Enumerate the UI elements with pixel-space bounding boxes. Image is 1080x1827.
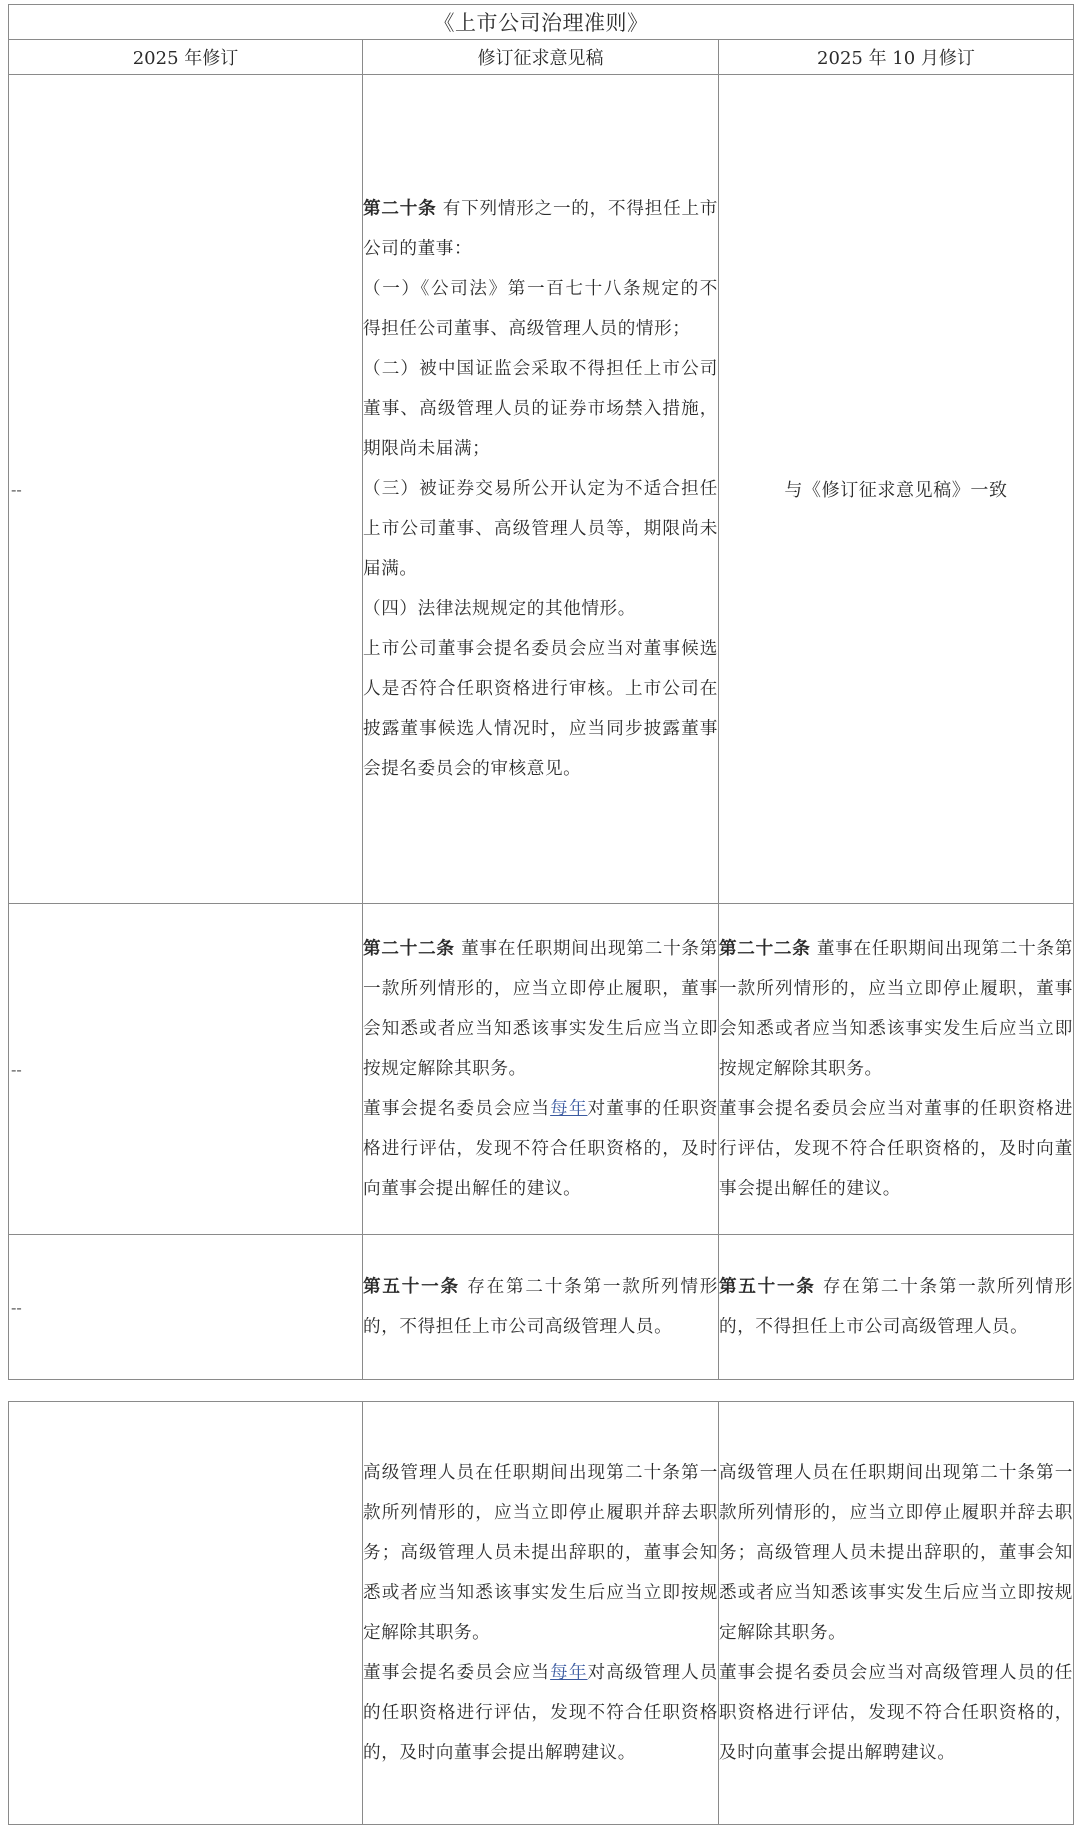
cell-2025-revision: --: [9, 1235, 363, 1380]
cell-draft: 高级管理人员在任职期间出现第二十条第一款所列情形的，应当立即停止履职并辞去职务；…: [363, 1402, 719, 1825]
table-row: -- 第二十条 有下列情形之一的，不得担任上市公司的董事： （一）《公司法》第一…: [9, 75, 1074, 904]
article-number: 第二十二条: [363, 938, 455, 959]
column-header-october-revision: 2025 年 10 月修订: [719, 40, 1074, 75]
article-paragraph: 第二十条 有下列情形之一的，不得担任上市公司的董事：: [363, 189, 718, 269]
cell-2025-revision: --: [9, 75, 363, 904]
article-lead: 董事在任职期间出现第二十条第一款所列情形的，应当立即停止履职，董事会知悉或者应当…: [363, 939, 718, 1079]
comparison-table: 《上市公司治理准则》 2025 年修订 修订征求意见稿 2025 年 10 月修…: [8, 4, 1074, 1380]
evaluation-paragraph: 董事会提名委员会应当对高级管理人员的任职资格进行评估，发现不符合任职资格的，及时…: [719, 1653, 1073, 1773]
cell-october-revision: 与《修订征求意见稿》一致: [719, 75, 1074, 904]
highlighted-change: 每年: [550, 1099, 587, 1119]
article-paragraph: 第二十二条 董事在任职期间出现第二十条第一款所列情形的，应当立即停止履职，董事会…: [363, 929, 718, 1089]
table-row: -- 第二十二条 董事在任职期间出现第二十条第一款所列情形的，应当立即停止履职，…: [9, 904, 1074, 1235]
article-lead: 董事在任职期间出现第二十条第一款所列情形的，应当立即停止履职，董事会知悉或者应当…: [719, 939, 1073, 1079]
column-header-2025-revision: 2025 年修订: [9, 40, 363, 75]
empty-dash: --: [9, 1298, 22, 1317]
cell-draft: 第五十一条 存在第二十条第一款所列情形的，不得担任上市公司高级管理人员。: [363, 1235, 719, 1380]
article-paragraph: 第五十一条 存在第二十条第一款所列情形的，不得担任上市公司高级管理人员。: [363, 1267, 718, 1347]
empty-dash: --: [9, 1060, 22, 1079]
clause-4: （四）法律法规规定的其他情形。: [363, 589, 718, 629]
table-row: 高级管理人员在任职期间出现第二十条第一款所列情形的，应当立即停止履职并辞去职务；…: [9, 1402, 1074, 1825]
evaluation-paragraph: 董事会提名委员会应当对董事的任职资格进行评估，发现不符合任职资格的，及时向董事会…: [719, 1089, 1073, 1209]
article-number: 第五十一条: [719, 1276, 816, 1297]
cell-october-revision: 高级管理人员在任职期间出现第二十条第一款所列情形的，应当立即停止履职并辞去职务；…: [719, 1402, 1074, 1825]
senior-management-paragraph: 高级管理人员在任职期间出现第二十条第一款所列情形的，应当立即停止履职并辞去职务；…: [719, 1453, 1073, 1653]
clause-1: （一）《公司法》第一百七十八条规定的不得担任公司董事、高级管理人员的情形；: [363, 269, 718, 349]
article-number: 第二十二条: [719, 938, 811, 959]
clause-3: （三）被证券交易所公开认定为不适合担任上市公司董事、高级管理人员等，期限尚未届满…: [363, 469, 718, 589]
evaluation-paragraph: 董事会提名委员会应当每年对高级管理人员的任职资格进行评估，发现不符合任职资格的，…: [363, 1653, 718, 1773]
article-number: 第二十条: [363, 198, 436, 219]
document-title: 《上市公司治理准则》: [9, 5, 1074, 40]
evaluation-paragraph: 董事会提名委员会应当每年对董事的任职资格进行评估，发现不符合任职资格的，及时向董…: [363, 1089, 718, 1209]
title-row: 《上市公司治理准则》: [9, 5, 1074, 40]
text-segment: 董事会提名委员会应当: [363, 1099, 550, 1119]
header-row: 2025 年修订 修订征求意见稿 2025 年 10 月修订: [9, 40, 1074, 75]
cell-2025-revision: --: [9, 904, 363, 1235]
nomination-review-paragraph: 上市公司董事会提名委员会应当对董事候选人是否符合任职资格进行审核。上市公司在披露…: [363, 629, 718, 789]
cell-draft: 第二十二条 董事在任职期间出现第二十条第一款所列情形的，应当立即停止履职，董事会…: [363, 904, 719, 1235]
cell-draft: 第二十条 有下列情形之一的，不得担任上市公司的董事： （一）《公司法》第一百七十…: [363, 75, 719, 904]
empty-dash: --: [9, 480, 22, 499]
article-paragraph: 第五十一条 存在第二十条第一款所列情形的，不得担任上市公司高级管理人员。: [719, 1267, 1073, 1347]
highlighted-change: 每年: [550, 1663, 587, 1683]
cell-2025-revision: [9, 1402, 363, 1825]
cell-october-revision: 第五十一条 存在第二十条第一款所列情形的，不得担任上市公司高级管理人员。: [719, 1235, 1074, 1380]
clause-2: （二）被中国证监会采取不得担任上市公司董事、高级管理人员的证券市场禁入措施，期限…: [363, 349, 718, 469]
comparison-table-continued: 高级管理人员在任职期间出现第二十条第一款所列情形的，应当立即停止履职并辞去职务；…: [8, 1401, 1074, 1825]
article-paragraph: 第二十二条 董事在任职期间出现第二十条第一款所列情形的，应当立即停止履职，董事会…: [719, 929, 1073, 1089]
column-header-draft: 修订征求意见稿: [363, 40, 719, 75]
senior-management-paragraph: 高级管理人员在任职期间出现第二十条第一款所列情形的，应当立即停止履职并辞去职务；…: [363, 1453, 718, 1653]
table-row: -- 第五十一条 存在第二十条第一款所列情形的，不得担任上市公司高级管理人员。 …: [9, 1235, 1074, 1380]
cell-october-revision: 第二十二条 董事在任职期间出现第二十条第一款所列情形的，应当立即停止履职，董事会…: [719, 904, 1074, 1235]
article-number: 第五十一条: [363, 1276, 460, 1297]
text-segment: 董事会提名委员会应当: [363, 1663, 550, 1683]
